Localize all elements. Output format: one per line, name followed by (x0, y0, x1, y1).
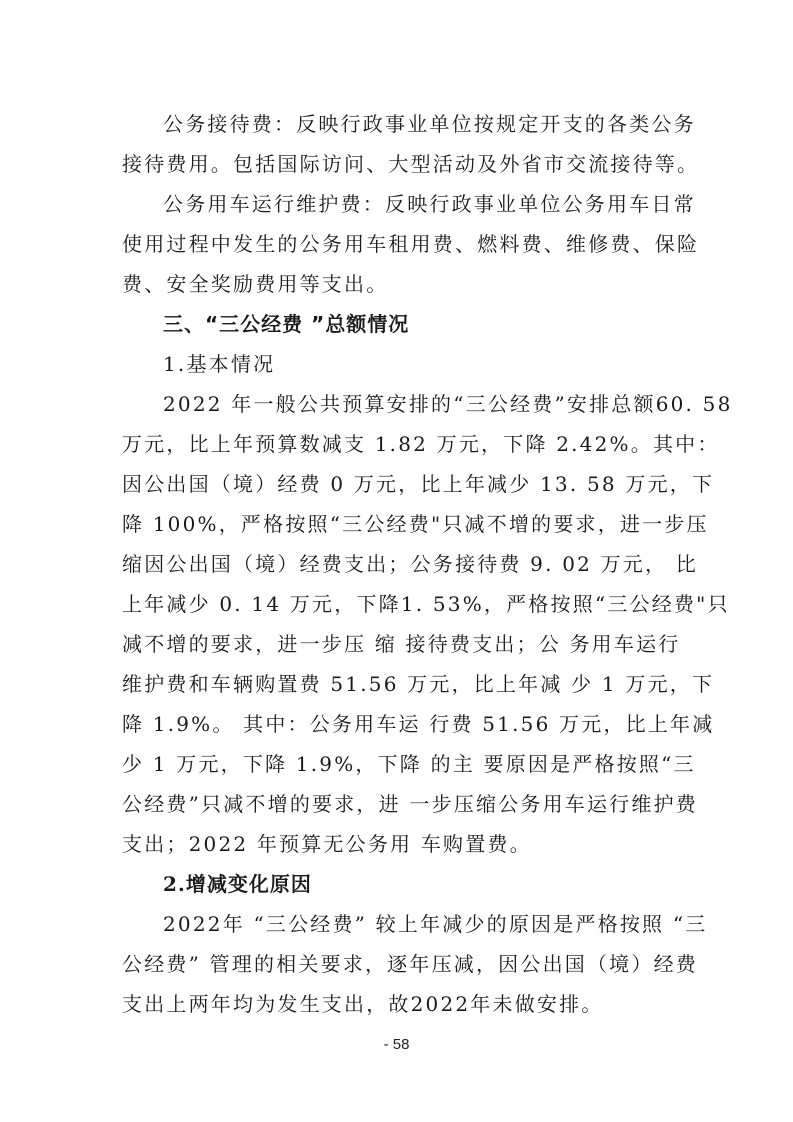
paragraph-line: 万元，比上年预算数减支 1.82 万元，下降 2.42%。其中： (122, 432, 672, 456)
paragraph-line: 公经费” 管理的相关要求，逐年压减，因公出国（境）经费 (122, 952, 672, 976)
paragraph-line: 因公出国（境）经费 0 万元，比上年减少 13. 58 万元，下 (122, 472, 672, 496)
subsection-title: 1.基本情况 (163, 352, 672, 376)
document-page: 公务接待费：反映行政事业单位按规定开支的各类公务 接待费用。包括国际访问、大型活… (0, 0, 793, 1122)
paragraph-line: 减不增的要求，进一步压 缩 接待费支出；公 务用车运行 (122, 632, 672, 656)
paragraph-line: 使用过程中发生的公务用车租用费、燃料费、维修费、保险 (122, 232, 672, 256)
paragraph-line: 缩因公出国（境）经费支出；公务接待费 9. 02 万元， 比 (122, 552, 672, 576)
subsection-title: 2.增减变化原因 (163, 872, 672, 896)
page-number: - 58 (0, 1036, 793, 1053)
paragraph-line: 2022年 “三公经费” 较上年减少的原因是严格按照 “三 (163, 912, 672, 936)
paragraph-line: 公务用车运行维护费：反映行政事业单位公务用车日常 (163, 192, 672, 216)
paragraph-line: 接待费用。包括国际访问、大型活动及外省市交流接待等。 (122, 152, 672, 176)
paragraph-line: 公经费”只减不增的要求，进 一步压缩公务用车运行维护费 (122, 792, 672, 816)
section-heading: 三、“三公经费 ”总额情况 (163, 312, 672, 336)
paragraph-line: 降 100%，严格按照“三公经费"只减不增的要求，进一步压 (122, 512, 672, 536)
paragraph-line: 降 1.9%。 其中：公务用车运 行费 51.56 万元，比上年减 (122, 712, 672, 736)
paragraph-line: 支出上两年均为发生支出，故2022年未做安排。 (122, 992, 672, 1016)
paragraph-line: 费、安全奖励费用等支出。 (122, 272, 672, 296)
paragraph-line: 2022 年一般公共预算安排的“三公经费”安排总额60. 58 (163, 392, 672, 416)
paragraph-line: 公务接待费：反映行政事业单位按规定开支的各类公务 (163, 112, 672, 136)
paragraph-line: 维护费和车辆购置费 51.56 万元，比上年减 少 1 万元，下 (122, 672, 672, 696)
paragraph-line: 上年减少 0. 14 万元，下降1. 53%，严格按照“三公经费"只 (122, 592, 672, 616)
paragraph-line: 少 1 万元，下降 1.9%，下降 的主 要原因是严格按照“三 (122, 752, 672, 776)
paragraph-line: 支出；2022 年预算无公务用 车购置费。 (122, 832, 672, 856)
